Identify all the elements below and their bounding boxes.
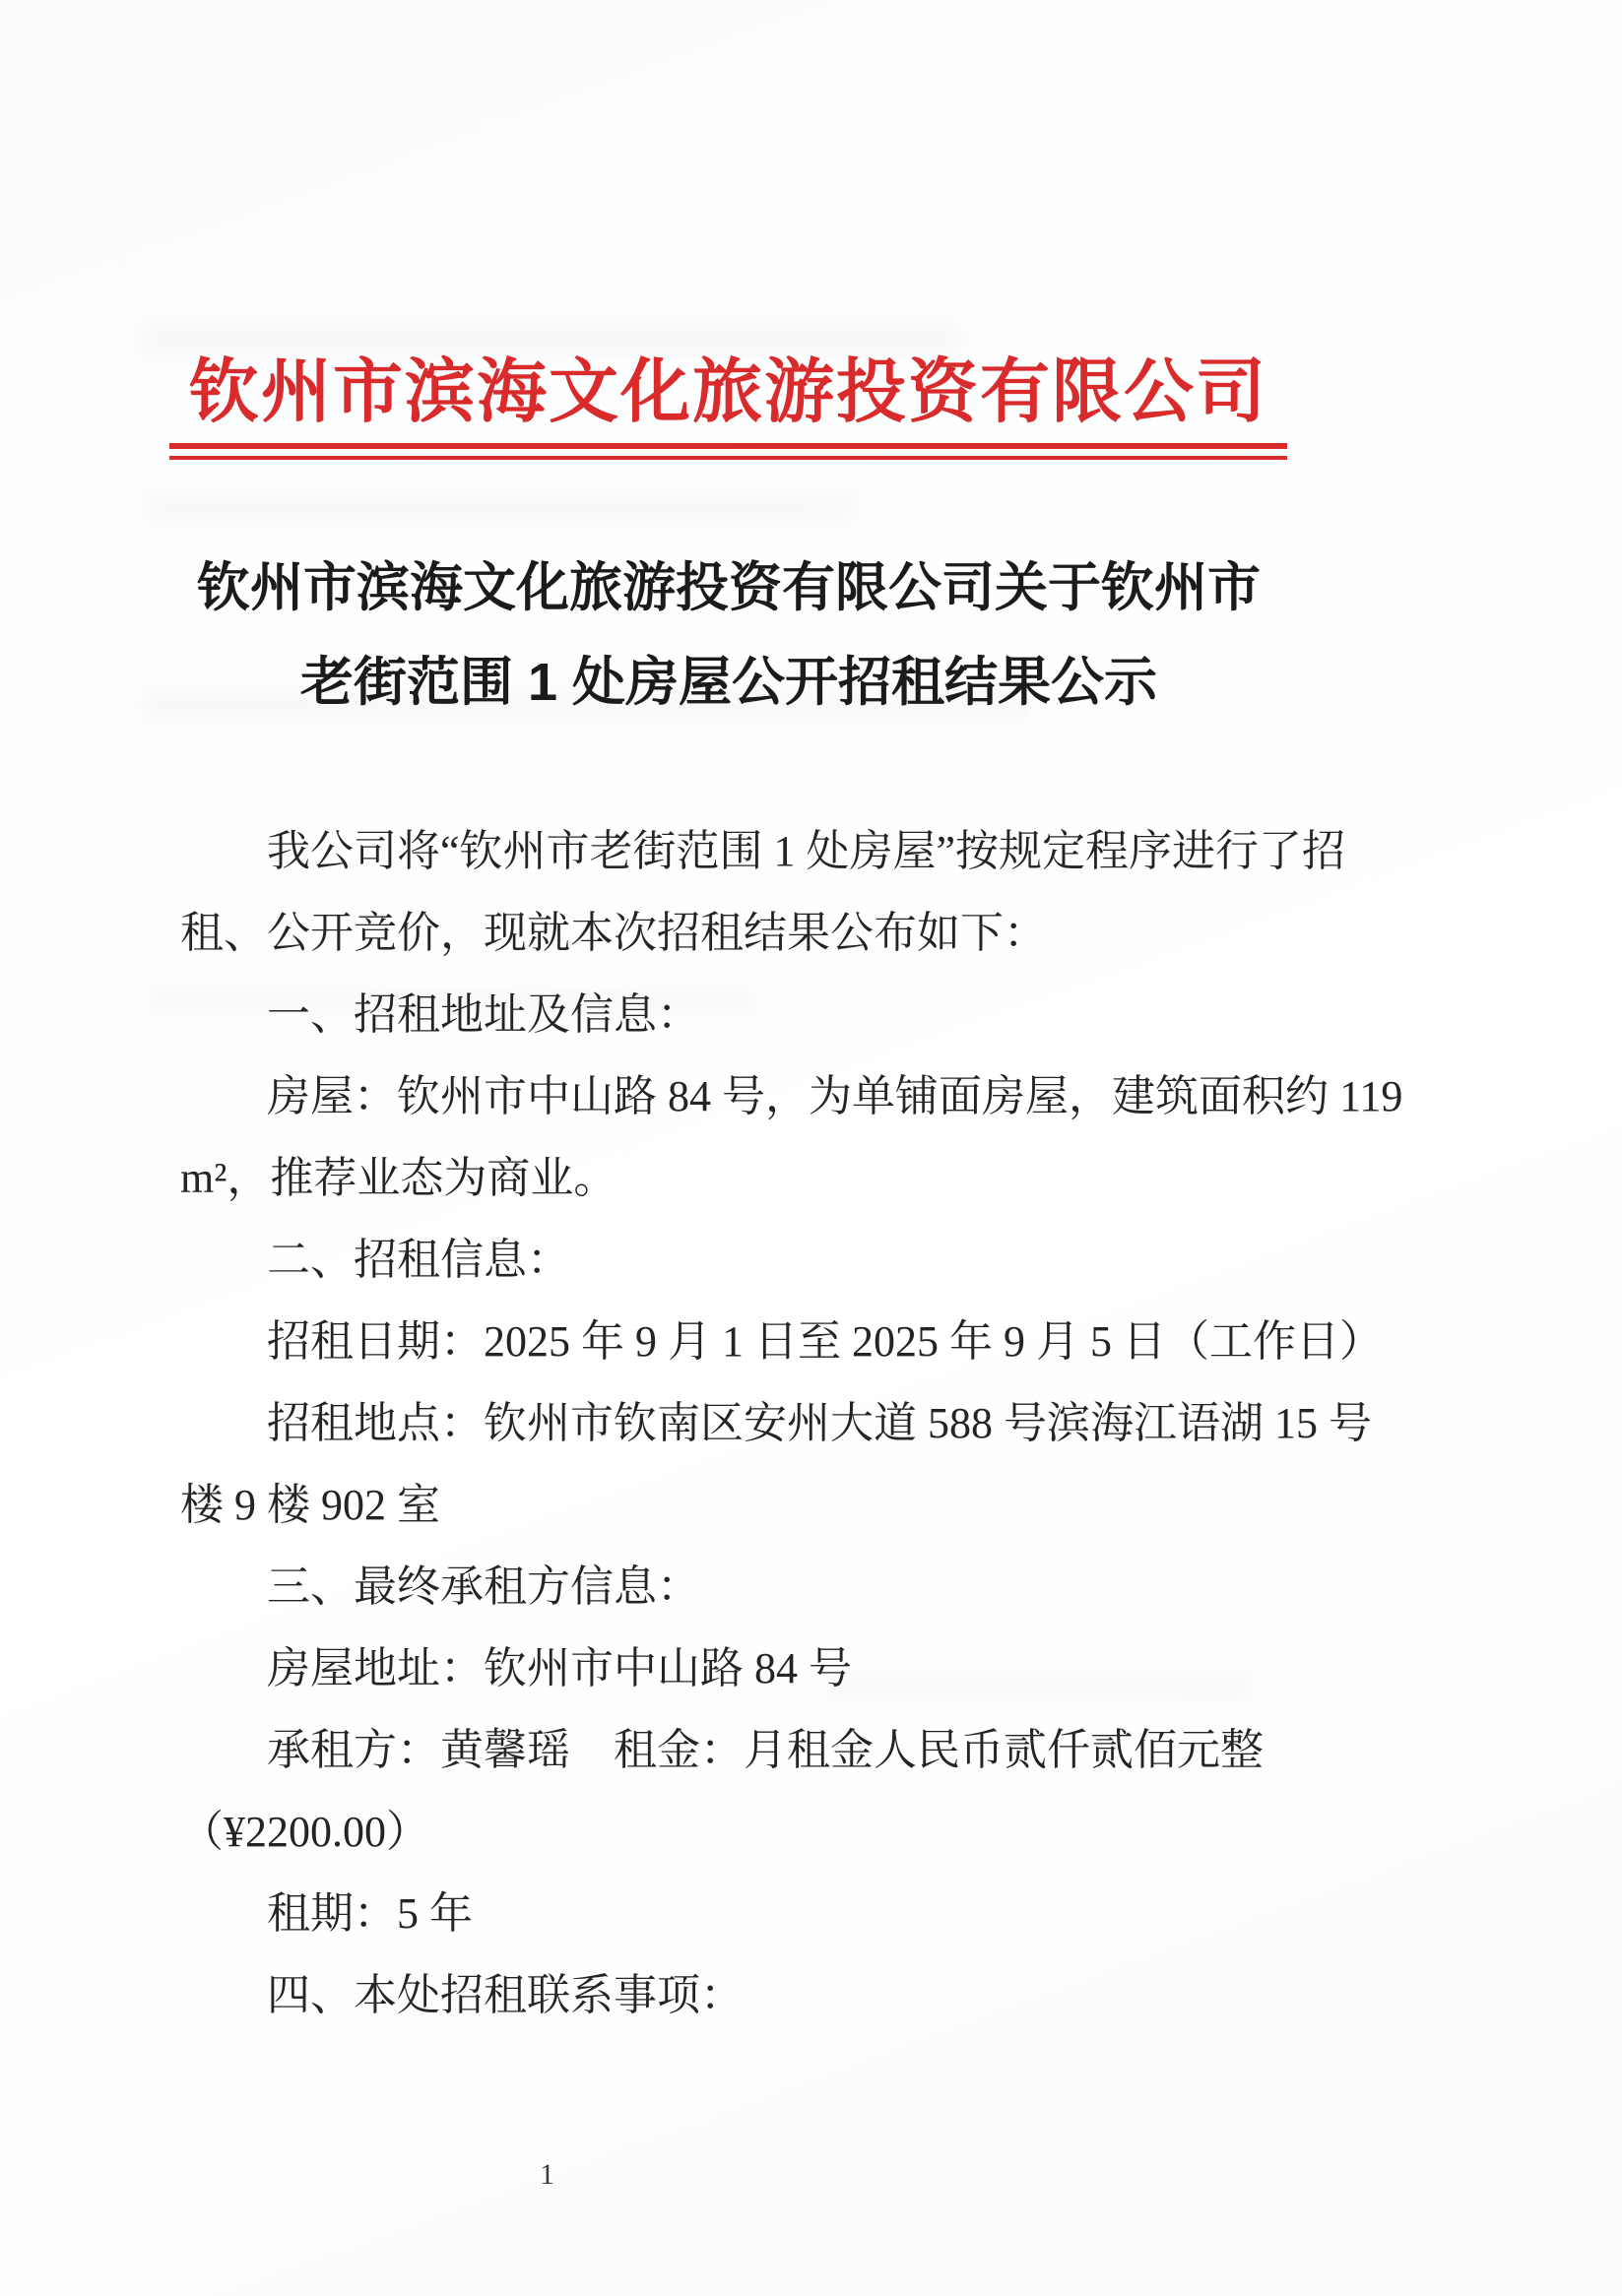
body-line: 房屋：钦州市中山路 84 号，为单铺面房屋，建筑面积约 119	[180, 1055, 1374, 1137]
body-line: 楼 9 楼 902 室	[180, 1464, 1374, 1546]
section-heading: 三、最终承租方信息：	[180, 1546, 1374, 1627]
body-line: 招租日期：2025 年 9 月 1 日至 2025 年 9 月 5 日（工作日）	[180, 1301, 1374, 1382]
body-line: （¥2200.00）	[180, 1791, 1374, 1873]
section-heading: 一、招租地址及信息：	[180, 974, 1374, 1055]
body-line: 租期：5 年	[180, 1873, 1374, 1954]
bleed-through-ghost	[143, 323, 960, 356]
document-title-line-2: 老街范围 1 处房屋公开招租结果公示	[148, 635, 1310, 730]
section-heading: 二、招租信息：	[180, 1219, 1374, 1301]
document-title-line-1: 钦州市滨海文化旅游投资有限公司关于钦州市	[148, 541, 1310, 635]
letterhead: 钦州市滨海文化旅游投资有限公司	[169, 354, 1287, 460]
body-line: 我公司将“钦州市老街范围 1 处房屋”按规定程序进行了招	[180, 810, 1374, 892]
document-body: 我公司将“钦州市老街范围 1 处房屋”按规定程序进行了招 租、公开竞价，现就本次…	[180, 810, 1374, 2036]
letterhead-rule-thin	[169, 456, 1287, 460]
body-line: 房屋地址：钦州市中山路 84 号	[180, 1627, 1374, 1709]
document-title: 钦州市滨海文化旅游投资有限公司关于钦州市 老街范围 1 处房屋公开招租结果公示	[148, 541, 1310, 730]
document-page: 钦州市滨海文化旅游投资有限公司 钦州市滨海文化旅游投资有限公司关于钦州市 老街范…	[0, 0, 1622, 2296]
body-line: 租、公开竞价，现就本次招租结果公布如下：	[180, 892, 1374, 974]
body-line: 招租地点：钦州市钦南区安州大道 588 号滨海江语湖 15 号	[180, 1382, 1374, 1464]
bleed-through-ghost	[148, 492, 857, 520]
section-heading: 四、本处招租联系事项：	[180, 1954, 1374, 2036]
company-name: 钦州市滨海文化旅游投资有限公司	[169, 354, 1287, 431]
body-line: m²，推荐业态为商业。	[180, 1137, 1374, 1219]
letterhead-rule-thick	[169, 443, 1287, 449]
body-line: 承租方：黄馨瑶 租金：月租金人民币贰仟贰佰元整	[180, 1709, 1374, 1791]
page-number: 1	[540, 2158, 554, 2192]
